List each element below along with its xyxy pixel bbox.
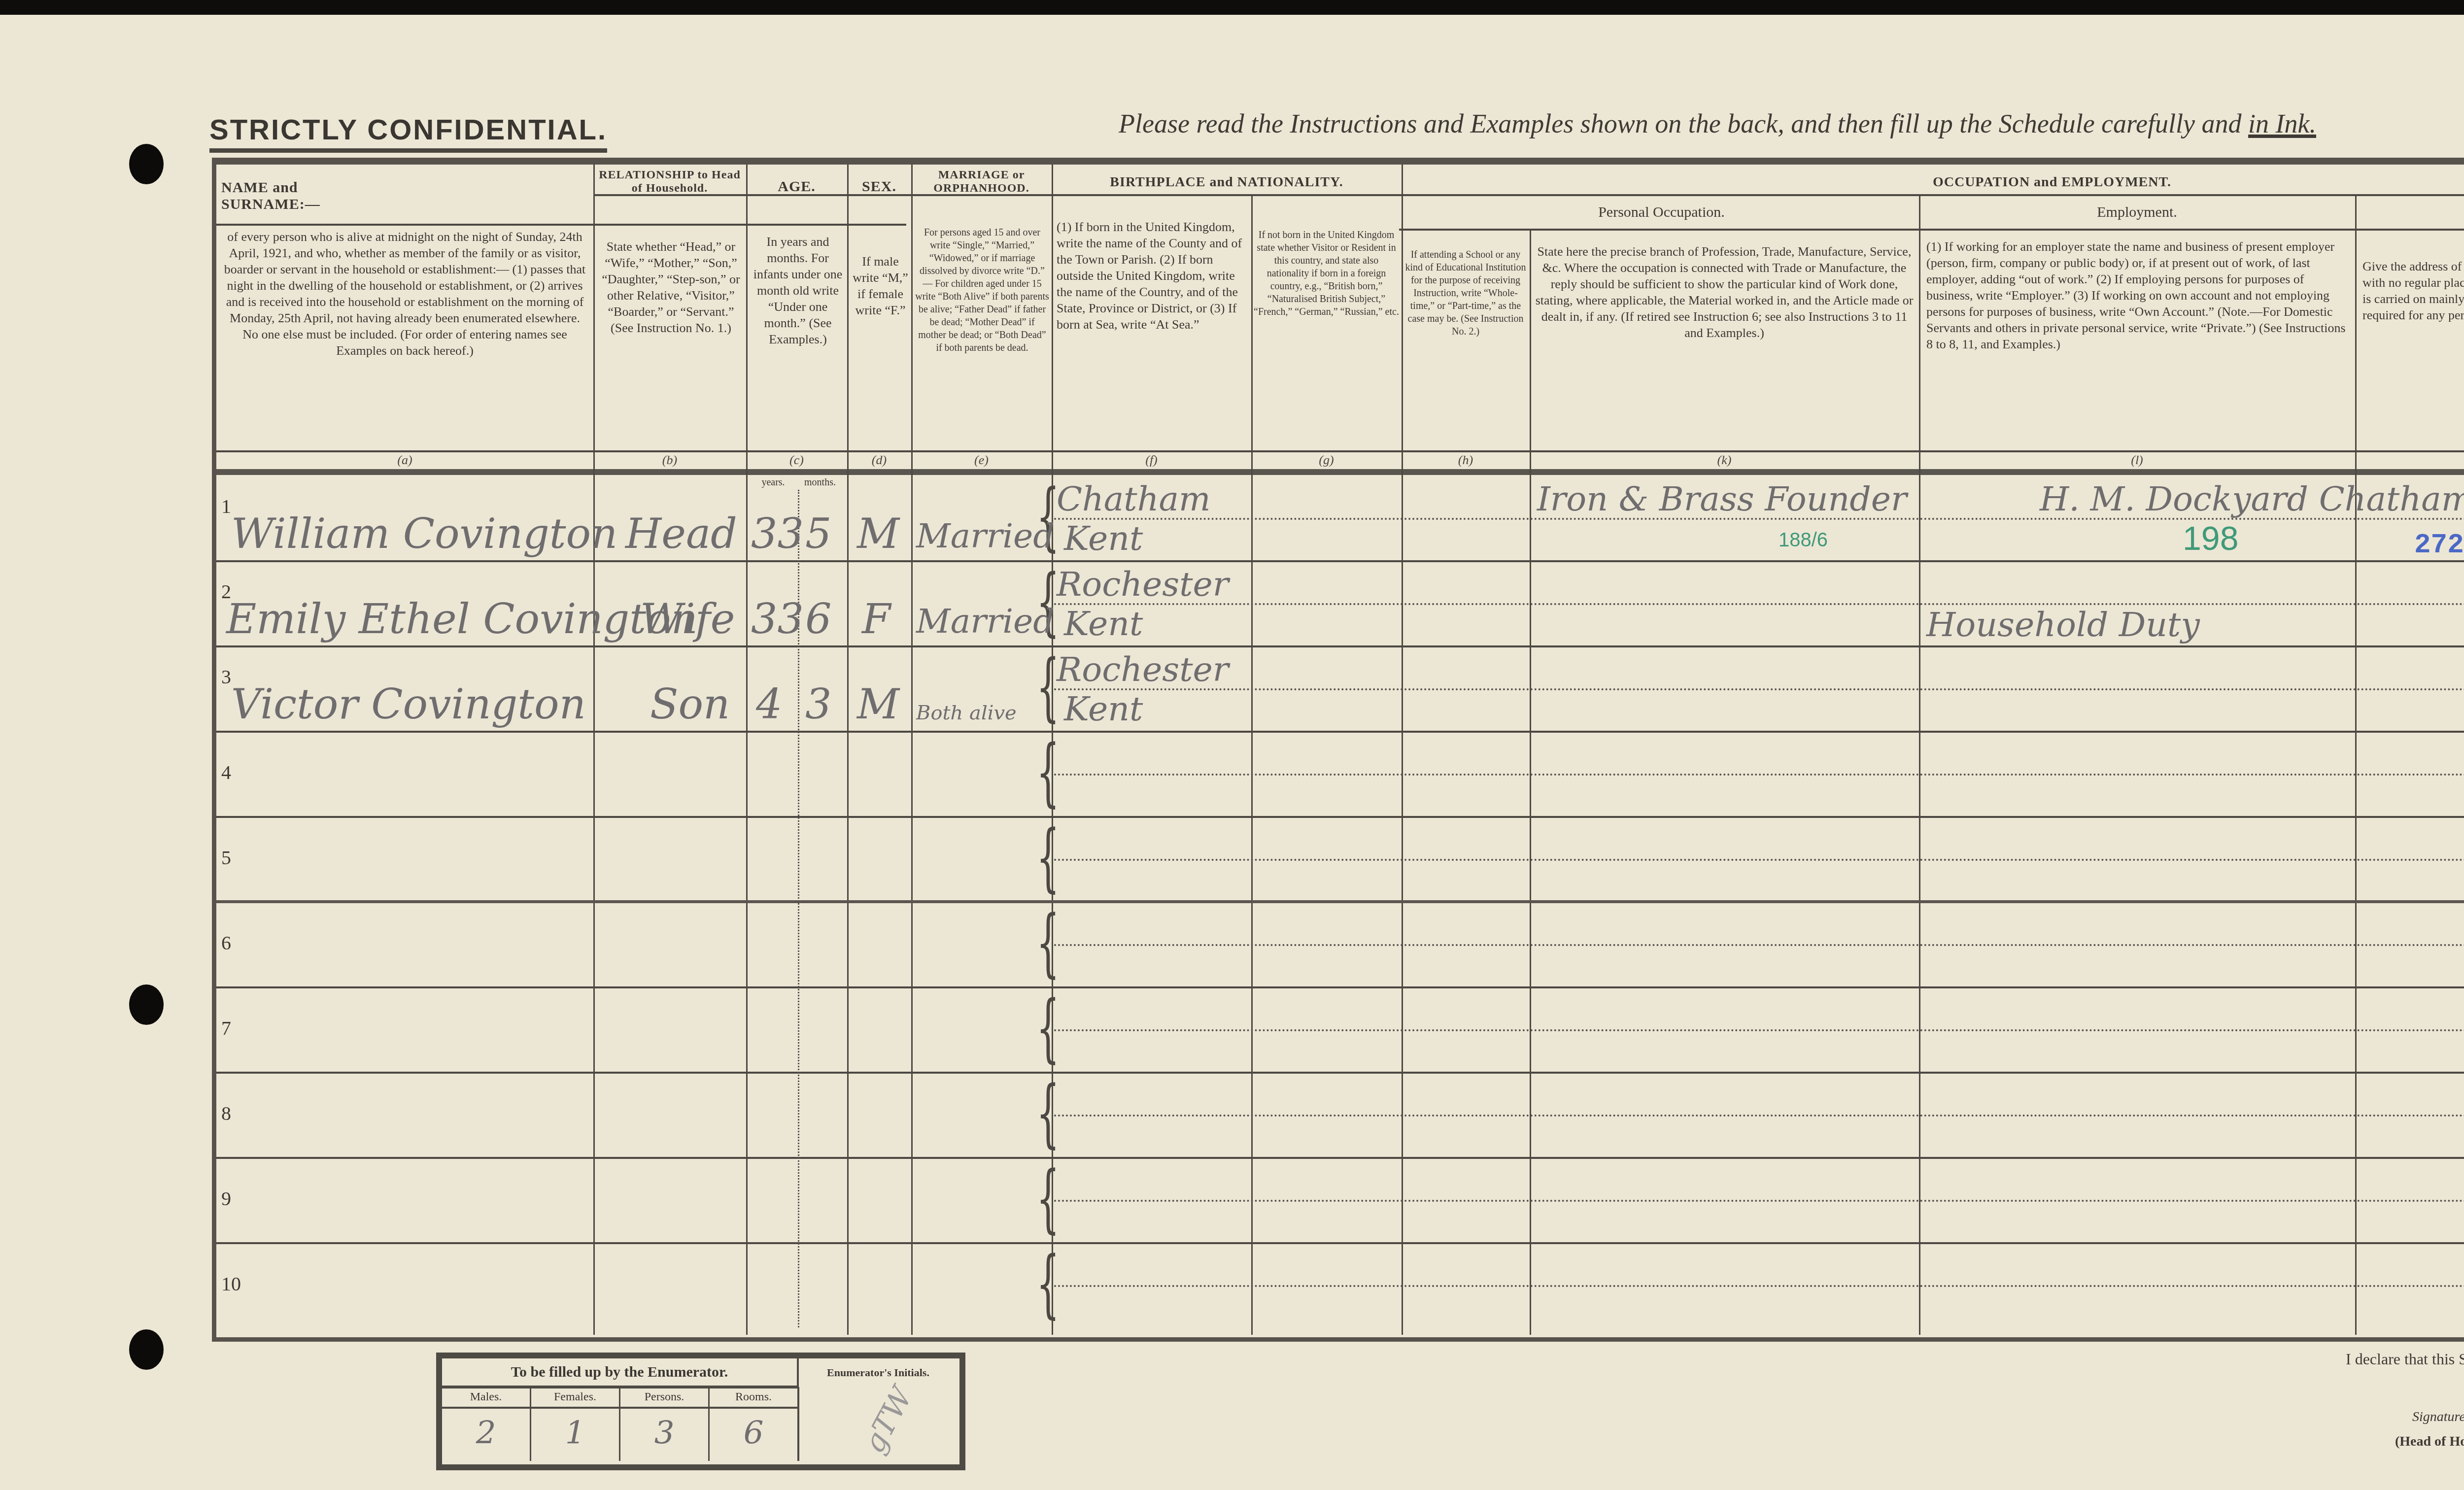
signature-note: (Head of Household, Manager of Establish… bbox=[2395, 1434, 2464, 1450]
row-divider-9 bbox=[216, 1242, 2464, 1244]
brace-icon: { bbox=[1036, 906, 1060, 980]
row-2-birthplace-town[interactable]: Rochester bbox=[1057, 565, 1229, 604]
col-divider-f-g bbox=[1251, 194, 1253, 1335]
persons-cell: Persons. 3 bbox=[620, 1387, 710, 1461]
column-letter-e: (e) bbox=[911, 453, 1052, 468]
row-2-midline bbox=[1054, 603, 2464, 605]
persons-label: Persons. bbox=[620, 1387, 708, 1409]
row-3-relationship[interactable]: Son bbox=[650, 680, 730, 728]
females-cell: Females. 1 bbox=[531, 1387, 620, 1461]
row-1-occupation[interactable]: Iron & Brass Founder bbox=[1537, 480, 1907, 519]
header-marriage-text: For persons aged 15 and over write “Sing… bbox=[915, 226, 1049, 354]
row-2-birthplace-county[interactable]: Kent bbox=[1064, 605, 1143, 643]
header-employment-title: Employment. bbox=[1921, 204, 2353, 221]
header-place-of-work-text: Give the address of each person’s place … bbox=[2362, 258, 2464, 323]
rooms-value[interactable]: 6 bbox=[710, 1409, 797, 1458]
confidential-label: STRICTLY CONFIDENTIAL. bbox=[209, 113, 607, 153]
row-1-employment[interactable]: H. M. Dockyard Chatham bbox=[2040, 480, 2464, 519]
row-divider-5 bbox=[216, 900, 2464, 903]
header-education-text: If attending a School or any kind of Edu… bbox=[1404, 248, 1527, 338]
col-divider-g-h bbox=[1402, 165, 1403, 1335]
punch-hole-2 bbox=[129, 984, 164, 1025]
row-1-employment-code: 198 bbox=[2183, 519, 2238, 558]
persons-value[interactable]: 3 bbox=[620, 1409, 708, 1458]
row-2-name[interactable]: Emily Ethel Covington bbox=[226, 595, 698, 643]
header-occupation-group: OCCUPATION and EMPLOYMENT. bbox=[1404, 174, 2464, 190]
col-divider-b-c bbox=[746, 165, 748, 1335]
header-personal-occupation-title: Personal Occupation. bbox=[1404, 204, 1919, 221]
row-divider-4 bbox=[216, 816, 2464, 818]
row-1-age-years[interactable]: 33 bbox=[751, 509, 804, 558]
column-letter-h: (h) bbox=[1402, 453, 1530, 468]
row-2-age-months[interactable]: 6 bbox=[805, 595, 831, 643]
col-divider-h-k bbox=[1530, 229, 1531, 1335]
col-divider-k-l bbox=[1919, 194, 1920, 1335]
row-8-midline bbox=[1054, 1115, 2464, 1117]
instruction-line: Please read the Instructions and Example… bbox=[1119, 108, 2316, 139]
header-relationship-title: RELATIONSHIP to Head of Household. bbox=[596, 169, 744, 195]
row-divider-8 bbox=[216, 1157, 2464, 1159]
row-number: 8 bbox=[221, 1102, 231, 1125]
enumerator-box-title: To be filled up by the Enumerator. bbox=[442, 1358, 799, 1388]
row-4-midline bbox=[1054, 774, 2464, 776]
enumerator-initials-cell: Enumerator's Initials. gTW bbox=[799, 1358, 957, 1459]
brace-icon: { bbox=[1036, 991, 1060, 1065]
row-3-midline bbox=[1054, 688, 2464, 690]
row-number: 9 bbox=[221, 1187, 231, 1210]
declaration-text: I declare that this Schedule is correctl… bbox=[2346, 1350, 2464, 1368]
row-1-birthplace-town[interactable]: Chatham bbox=[1057, 480, 1211, 519]
row-10-midline bbox=[1054, 1285, 2464, 1287]
header-birthplace-text: (1) If born in the United Kingdom, write… bbox=[1057, 219, 1249, 333]
punch-hole-1 bbox=[129, 144, 164, 184]
row-1-age-months[interactable]: 5 bbox=[805, 509, 831, 558]
header-age-text: In years and months. For infants under o… bbox=[751, 234, 845, 347]
column-letter-c: (c) bbox=[746, 453, 847, 468]
row-1-sex[interactable]: M bbox=[857, 509, 899, 558]
row-divider-6 bbox=[216, 986, 2464, 988]
row-1-relationship[interactable]: Head bbox=[625, 509, 737, 558]
header-personal-occupation-text: State here the precise branch of Profess… bbox=[1535, 243, 1914, 341]
col-divider-c-d bbox=[847, 165, 849, 1335]
row-6-midline bbox=[1054, 944, 2464, 946]
signature-label: Signature bbox=[2412, 1409, 2464, 1425]
brace-icon: { bbox=[1036, 736, 1060, 810]
row-3-age-years[interactable]: 4 bbox=[756, 680, 782, 728]
males-label: Males. bbox=[442, 1387, 530, 1409]
header-relationship-text: State whether “Head,” or “Wife,” “Mother… bbox=[598, 238, 744, 336]
row-divider-1 bbox=[216, 560, 2464, 562]
row-1-marriage[interactable]: Married bbox=[916, 517, 1055, 556]
col-divider-a-b bbox=[593, 165, 595, 1335]
row-divider-2 bbox=[216, 645, 2464, 647]
column-letter-f: (f) bbox=[1052, 453, 1251, 468]
rooms-label: Rooms. bbox=[710, 1387, 797, 1409]
row-5-midline bbox=[1054, 859, 2464, 861]
row-3-age-months[interactable]: 3 bbox=[805, 680, 831, 728]
header-sex-title: SEX. bbox=[850, 178, 909, 195]
row-3-birthplace-town[interactable]: Rochester bbox=[1057, 650, 1229, 689]
row-number: 6 bbox=[221, 931, 231, 954]
row-1-occupation-code: 188/6 bbox=[1779, 529, 1828, 551]
row-1-name[interactable]: William Covington bbox=[231, 509, 617, 558]
header-name-title: NAME and SURNAME:— bbox=[221, 179, 369, 213]
column-letter-divider bbox=[216, 450, 2464, 452]
row-3-sex[interactable]: M bbox=[857, 680, 899, 728]
header-place-of-work-title: Place of Work. bbox=[2358, 204, 2464, 221]
row-number: 5 bbox=[221, 846, 231, 869]
brace-icon: { bbox=[1036, 1077, 1060, 1151]
header-nationality-text: If not born in the United Kingdom state … bbox=[1254, 229, 1399, 318]
header-employment-text: (1) If working for an employer state the… bbox=[1926, 238, 2350, 352]
males-value[interactable]: 2 bbox=[442, 1409, 530, 1458]
rooms-cell: Rooms. 6 bbox=[710, 1387, 799, 1461]
row-number: 1 bbox=[221, 495, 231, 518]
row-7-midline bbox=[1054, 1029, 2464, 1031]
age-months-subheader: months. bbox=[795, 476, 845, 489]
females-value[interactable]: 1 bbox=[531, 1409, 619, 1458]
row-number: 3 bbox=[221, 665, 231, 688]
brace-icon: { bbox=[1036, 821, 1060, 895]
row-3-marriage[interactable]: Both alive bbox=[916, 702, 1017, 724]
census-schedule-page: STRICTLY CONFIDENTIAL. Please read the I… bbox=[0, 15, 2464, 1490]
row-1-birthplace-county[interactable]: Kent bbox=[1064, 519, 1143, 558]
row-3-name[interactable]: Victor Covington bbox=[231, 680, 586, 728]
column-letter-b: (b) bbox=[593, 453, 746, 468]
punch-hole-3 bbox=[129, 1329, 164, 1370]
row-divider-7 bbox=[216, 1072, 2464, 1074]
household-schedule-table: NAME and SURNAME:— of every person who i… bbox=[212, 158, 2464, 1342]
enumerator-totals-box: To be filled up by the Enumerator. Males… bbox=[436, 1353, 965, 1470]
row-number: 4 bbox=[221, 761, 231, 784]
occupation-subheader-divider bbox=[1399, 229, 2464, 231]
row-2-relationship[interactable]: Wife bbox=[640, 595, 735, 643]
header-birthplace-group: BIRTHPLACE and NATIONALITY. bbox=[1054, 174, 1399, 190]
row-3-birthplace-county[interactable]: Kent bbox=[1064, 690, 1143, 729]
row-divider-3 bbox=[216, 731, 2464, 733]
column-letter-a: (a) bbox=[216, 453, 593, 468]
column-letter-k: (k) bbox=[1530, 453, 1919, 468]
header-sex-text: If male write “M,” if female write “F.” bbox=[852, 253, 909, 318]
column-letter-m: (m) bbox=[2355, 453, 2464, 468]
header-bottom-rule bbox=[216, 469, 2464, 475]
header-name-text: of every person who is alive at midnight… bbox=[221, 229, 588, 359]
row-9-midline bbox=[1054, 1200, 2464, 1202]
row-2-sex[interactable]: F bbox=[862, 595, 890, 643]
initials-value[interactable]: gTW bbox=[856, 1382, 920, 1459]
row-number: 10 bbox=[221, 1272, 241, 1295]
column-letter-l: (l) bbox=[1919, 453, 2355, 468]
row-2-employment[interactable]: Household Duty bbox=[1926, 606, 2200, 644]
initials-label: Enumerator's Initials. bbox=[799, 1358, 957, 1379]
brace-icon: { bbox=[1036, 1247, 1060, 1321]
row-2-age-years[interactable]: 33 bbox=[751, 595, 804, 643]
row-2-marriage[interactable]: Married bbox=[916, 602, 1055, 641]
brace-icon: { bbox=[1036, 1162, 1060, 1236]
males-cell: Males. 2 bbox=[442, 1387, 531, 1461]
col-divider-l-m bbox=[2355, 194, 2357, 1335]
column-letter-g: (g) bbox=[1251, 453, 1402, 468]
age-years-subheader: years. bbox=[749, 476, 798, 489]
col-divider-d-e bbox=[911, 165, 913, 1335]
header-marriage-title: MARRIAGE or ORPHANHOOD. bbox=[914, 169, 1049, 195]
column-letter-d: (d) bbox=[847, 453, 911, 468]
title-divider bbox=[216, 224, 906, 226]
row-number: 7 bbox=[221, 1016, 231, 1040]
females-label: Females. bbox=[531, 1387, 619, 1409]
header-age-title: AGE. bbox=[749, 178, 845, 195]
row-1-industry-stamp: 2720 04 bbox=[2414, 529, 2464, 561]
